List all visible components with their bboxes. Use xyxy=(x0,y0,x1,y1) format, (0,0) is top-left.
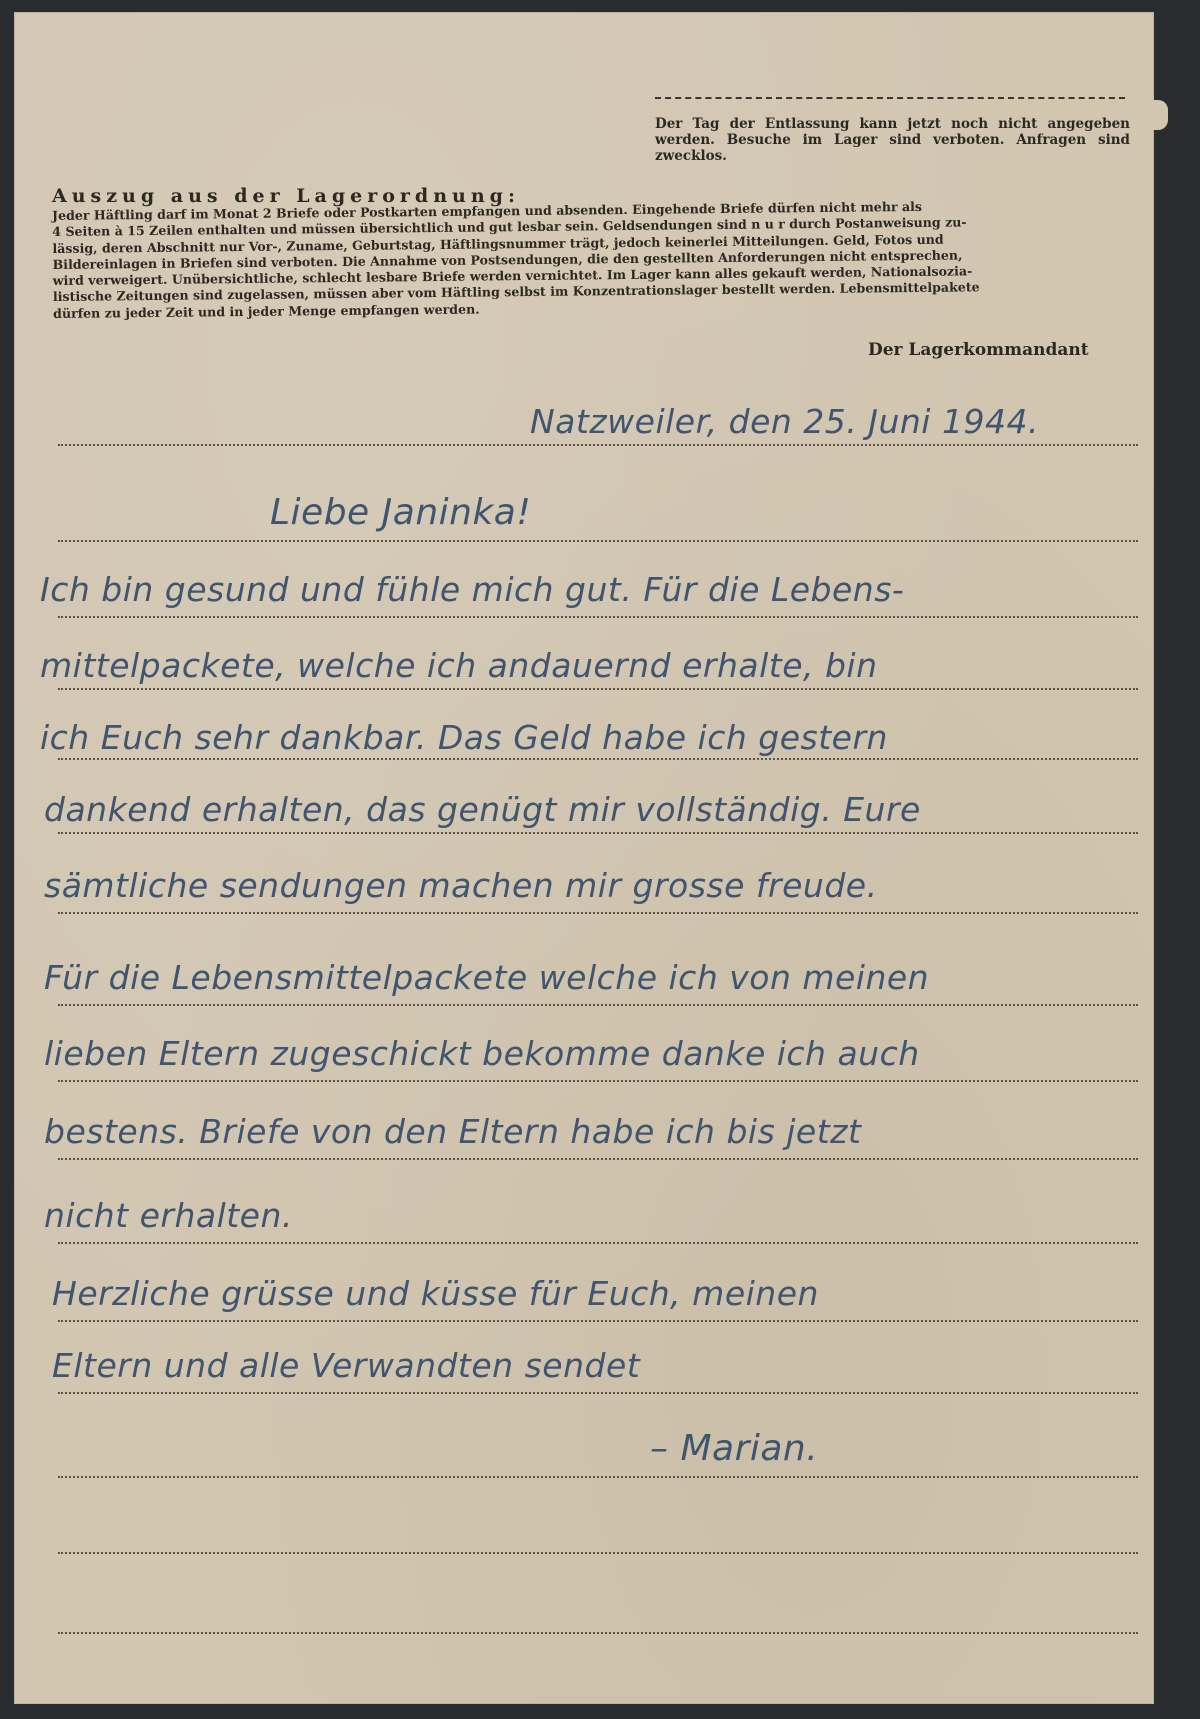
place-date: Natzweiler, den 25. Juni 1944. xyxy=(530,402,1039,441)
writing-line xyxy=(58,1158,1138,1160)
salutation: Liebe Janinka! xyxy=(270,492,531,533)
letter-line: bestens. Briefe von den Eltern habe ich … xyxy=(44,1112,861,1151)
paper-notch xyxy=(1150,100,1168,130)
writing-line xyxy=(58,1004,1138,1006)
writing-line xyxy=(58,1632,1138,1634)
release-notice: Der Tag der Entlassung kann jetzt noch n… xyxy=(655,116,1130,164)
letter-line: dankend erhalten, das genügt mir vollstä… xyxy=(44,790,921,829)
letter-line: ich Euch sehr dankbar. Das Geld habe ich… xyxy=(40,718,888,757)
writing-line xyxy=(58,758,1138,760)
notice-divider xyxy=(655,97,1125,99)
letter-line: nicht erhalten. xyxy=(44,1196,293,1235)
writing-line xyxy=(58,688,1138,690)
letter-line: Eltern und alle Verwandten sendet xyxy=(52,1346,640,1385)
letter-line: lieben Eltern zugeschickt bekomme danke … xyxy=(44,1034,920,1073)
writing-line xyxy=(58,1552,1138,1554)
letter-line: Herzliche grüsse und küsse für Euch, mei… xyxy=(52,1274,819,1313)
letter-line: Für die Lebensmittelpackete welche ich v… xyxy=(44,958,929,997)
writing-line xyxy=(58,1476,1138,1478)
sender-signature: – Marian. xyxy=(650,1428,818,1469)
letter-line: Ich bin gesund und fühle mich gut. Für d… xyxy=(40,570,904,609)
writing-line xyxy=(58,616,1138,618)
letter-line: mittelpackete, welche ich andauernd erha… xyxy=(40,646,878,685)
writing-line xyxy=(58,832,1138,834)
camp-rules-text: Jeder Häftling darf im Monat 2 Briefe od… xyxy=(52,197,1133,322)
writing-line xyxy=(58,1242,1138,1244)
writing-line xyxy=(58,1320,1138,1322)
letter-line: sämtliche sendungen machen mir grosse fr… xyxy=(44,866,878,905)
writing-line xyxy=(58,540,1138,542)
writing-line xyxy=(58,1392,1138,1394)
commandant-signature: Der Lagerkommandant xyxy=(868,340,1089,360)
writing-line xyxy=(58,1080,1138,1082)
writing-line xyxy=(58,444,1138,446)
writing-line xyxy=(58,912,1138,914)
